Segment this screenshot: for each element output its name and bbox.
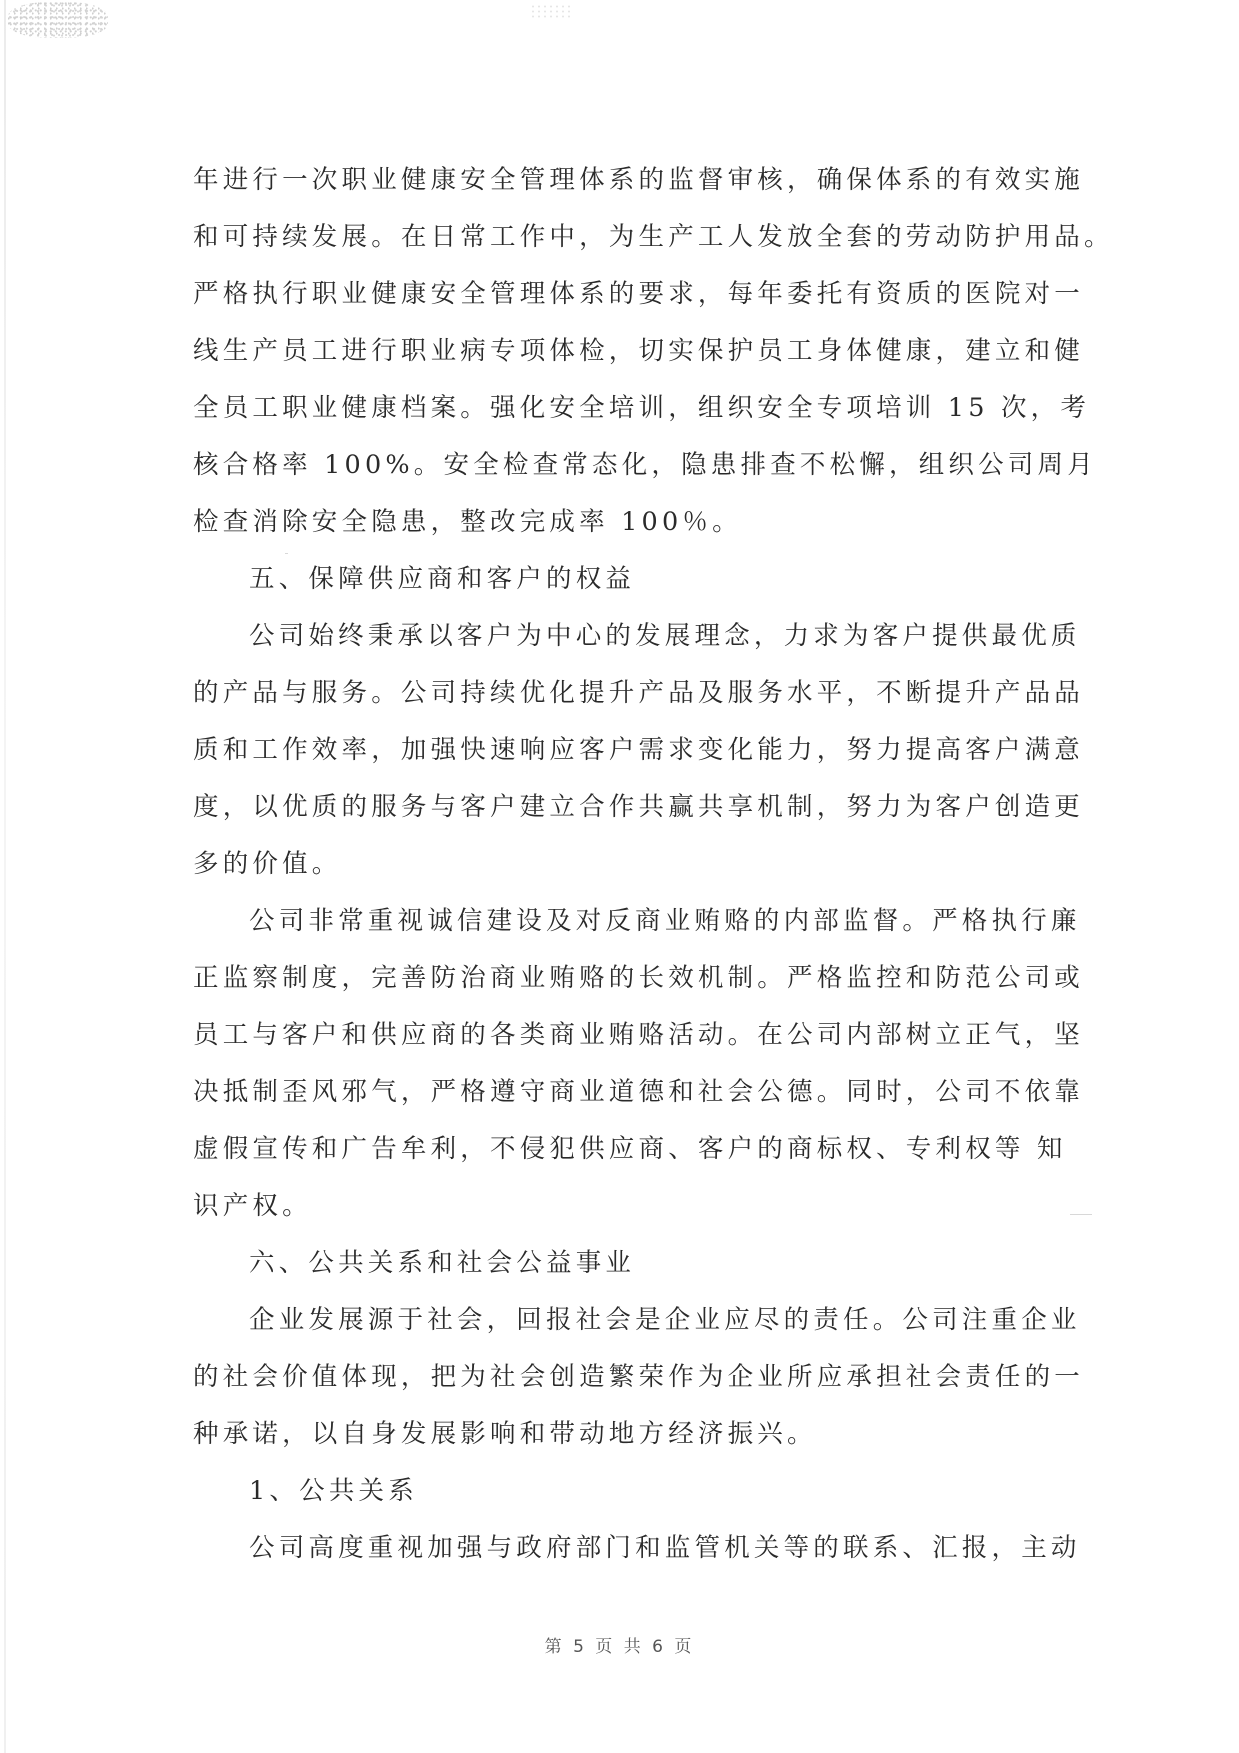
subsection-heading: 1、公共关系 — [249, 1476, 418, 1506]
paragraph-line: 的产品与服务。公司持续优化提升产品及服务水平，不断提升产品品 — [193, 678, 1084, 708]
paragraph-line: 决抵制歪风邪气，严格遵守商业道德和社会公德。同时，公司不依靠 — [193, 1077, 1084, 1107]
paragraph-line: 检查消除安全隐患，整改完成率 100％。 — [193, 507, 742, 537]
scan-edge-artifact — [4, 0, 6, 1753]
paragraph-line: 度，以优质的服务与客户建立合作共赢共享机制，努力为客户创造更 — [193, 792, 1084, 822]
section-heading: 六、公共关系和社会公益事业 — [249, 1248, 635, 1278]
paragraph-line: 的社会价值体现，把为社会创造繁荣作为企业所应承担社会责任的一 — [193, 1362, 1084, 1392]
paragraph-line: 虚假宣传和广告牟利，不侵犯供应商、客户的商标权、专利权等 知 — [193, 1134, 1067, 1164]
paragraph-line: 公司高度重视加强与政府部门和监管机关等的联系、汇报，主动 — [249, 1533, 1081, 1563]
paragraph-line: 严格执行职业健康安全管理体系的要求，每年委托有资质的医院对一 — [193, 279, 1084, 309]
paragraph-line: 正监察制度，完善防治商业贿赂的长效机制。严格监控和防范公司或 — [193, 963, 1084, 993]
scan-noise-artifact — [8, 2, 108, 38]
scan-speck — [1070, 1214, 1092, 1215]
paragraph-line: 和可持续发展。在日常工作中，为生产工人发放全套的劳动防护用品。 — [193, 222, 1114, 252]
paragraph-line: 种承诺，以自身发展影响和带动地方经济振兴。 — [193, 1419, 817, 1449]
paragraph-line: 企业发展源于社会，回报社会是企业应尽的责任。公司注重企业 — [249, 1305, 1081, 1335]
scan-noise-artifact — [530, 4, 570, 18]
paragraph-line: 质和工作效率，加强快速响应客户需求变化能力，努力提高客户满意 — [193, 735, 1084, 765]
document-page: 年进行一次职业健康安全管理体系的监督审核，确保体系的有效实施 和可持续发展。在日… — [0, 0, 1239, 1753]
paragraph-line: 识产权。 — [193, 1191, 312, 1221]
page-number-footer: 第 5 页 共 6 页 — [0, 1632, 1239, 1657]
paragraph-line: 员工与客户和供应商的各类商业贿赂活动。在公司内部树立正气，坚 — [193, 1020, 1084, 1050]
paragraph-line: 核合格率 100%。安全检查常态化，隐患排查不松懈，组织公司周月 — [193, 450, 1097, 480]
paragraph-line: 线生产员工进行职业病专项体检，切实保护员工身体健康，建立和健 — [193, 336, 1084, 366]
scan-speck — [285, 553, 288, 554]
paragraph-line: 公司非常重视诚信建设及对反商业贿赂的内部监督。严格执行廉 — [249, 906, 1081, 936]
paragraph-line: 多的价值。 — [193, 849, 342, 879]
paragraph-line: 公司始终秉承以客户为中心的发展理念，力求为客户提供最优质 — [249, 621, 1081, 651]
section-heading: 五、保障供应商和客户的权益 — [249, 564, 635, 594]
paragraph-line: 全员工职业健康档案。强化安全培训，组织安全专项培训 15 次，考 — [193, 393, 1090, 423]
paragraph-line: 年进行一次职业健康安全管理体系的监督审核，确保体系的有效实施 — [193, 165, 1084, 195]
